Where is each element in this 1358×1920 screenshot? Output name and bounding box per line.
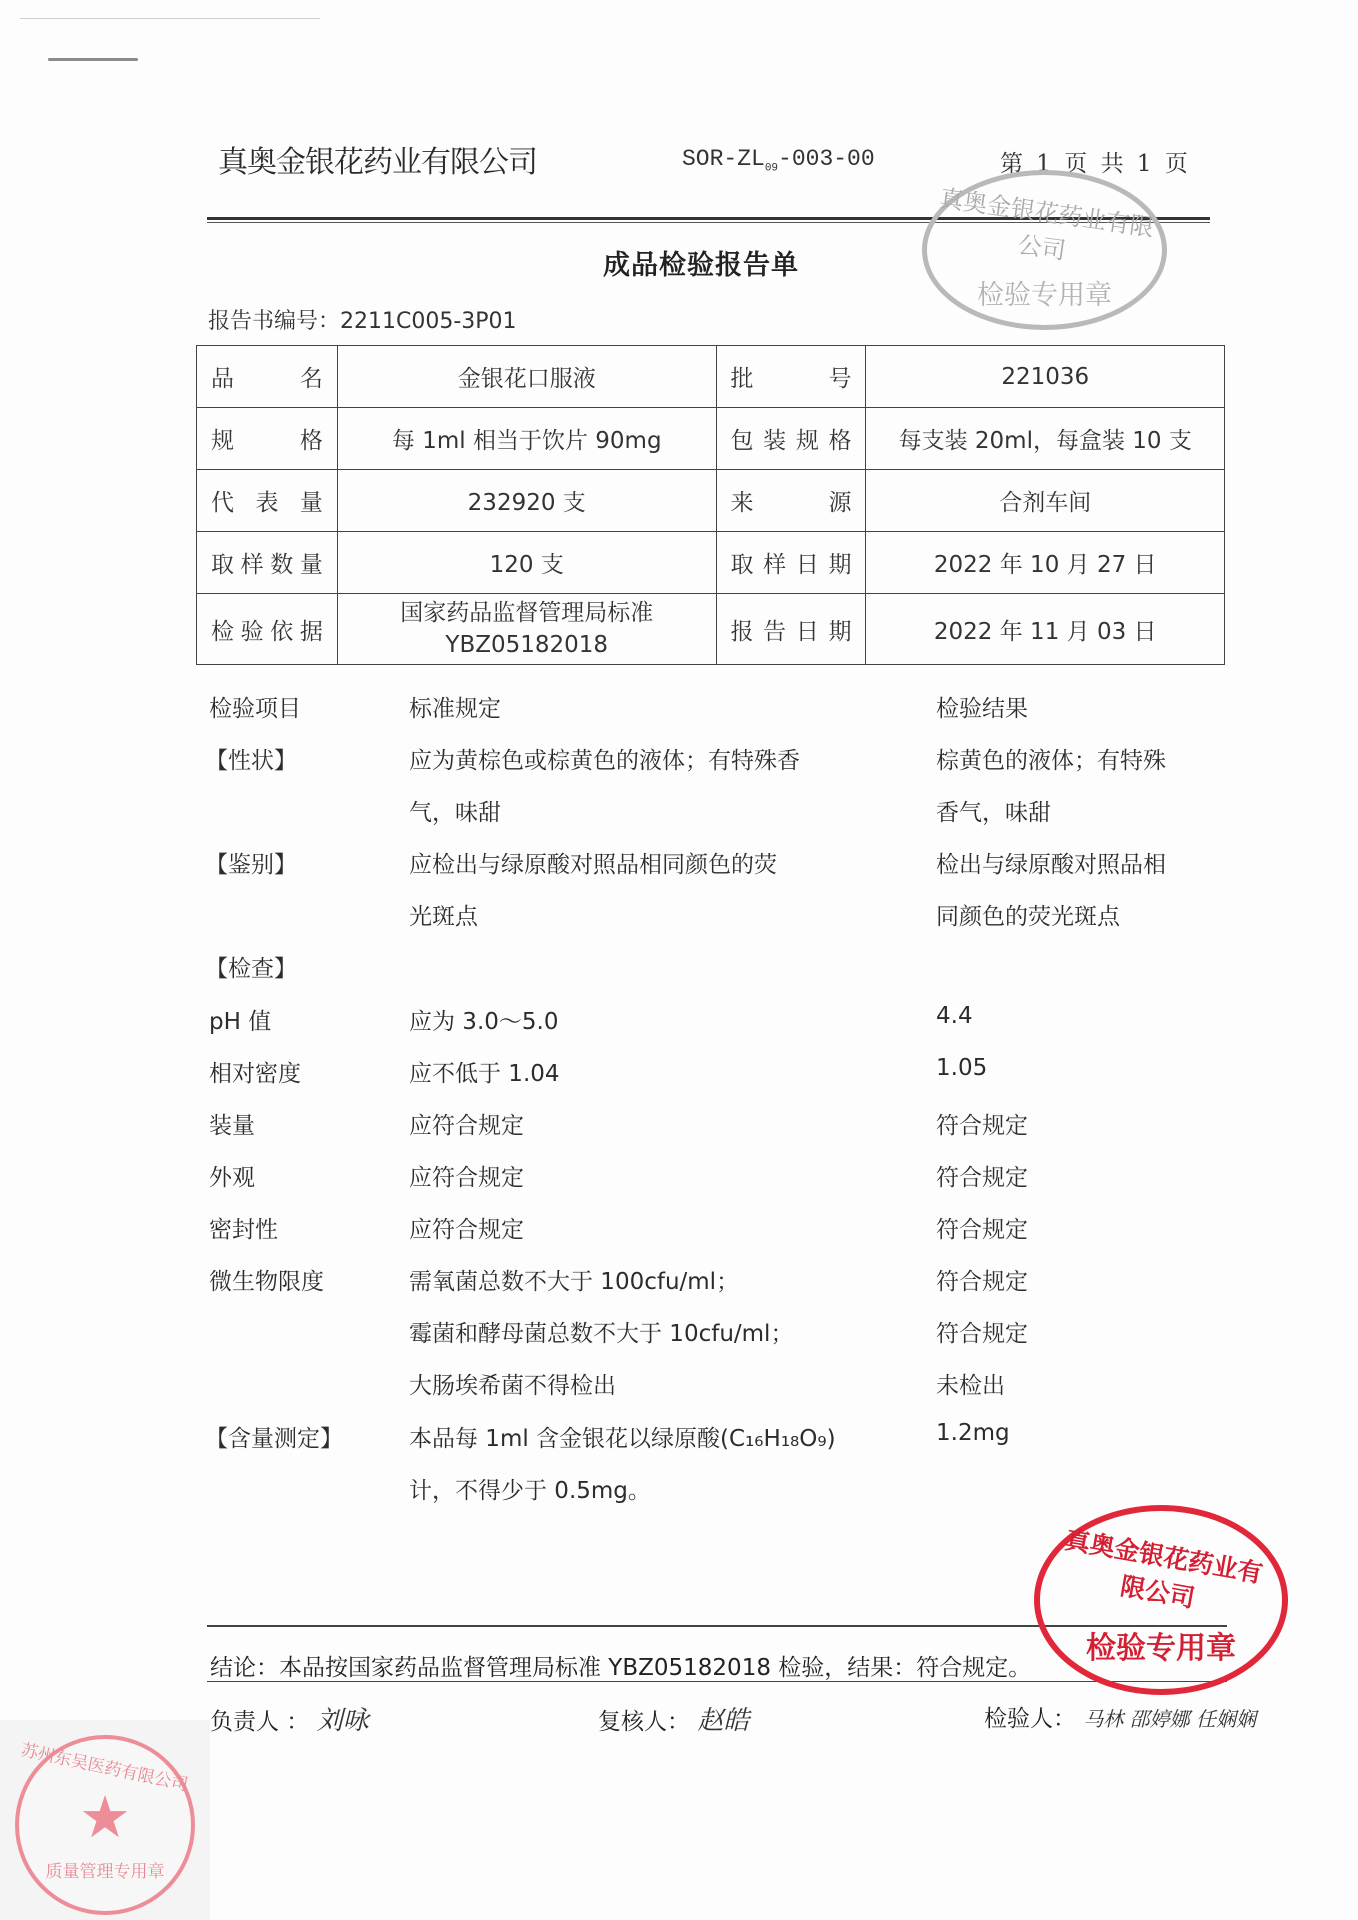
inspector: 检验人： 马林 邵婷娜 任娴娴 bbox=[984, 1700, 1256, 1733]
test-result: 4.4 bbox=[936, 1003, 973, 1029]
test-standard: 计，不得少于 0.5mg。 bbox=[409, 1472, 651, 1505]
reviewer: 复核人： 赵皓 bbox=[598, 1700, 749, 1737]
test-item: 【鉴别】 bbox=[205, 846, 297, 879]
test-item: 【检查】 bbox=[205, 950, 297, 983]
test-item: pH 值 bbox=[209, 1003, 271, 1036]
test-standard: 应符合规定 bbox=[409, 1211, 524, 1244]
table-row: 规 格 每 1ml 相当于饮片 90mg 包装规格 每支装 20ml，每盒装 1… bbox=[197, 408, 1225, 470]
value-packaging: 每支装 20ml，每盒装 10 支 bbox=[866, 408, 1225, 470]
test-result: 棕黄色的液体；有特殊 bbox=[936, 742, 1166, 775]
test-standard: 光斑点 bbox=[409, 898, 478, 931]
report-number: 报告书编号：2211C005-3P01 bbox=[208, 304, 517, 335]
inspector-signature: 马林 邵婷娜 任娴娴 bbox=[1083, 1707, 1256, 1731]
value-specification: 每 1ml 相当于饮片 90mg bbox=[337, 408, 716, 470]
test-item: 相对密度 bbox=[209, 1055, 301, 1088]
test-item: 【性状】 bbox=[205, 742, 297, 775]
header-result: 检验结果 bbox=[936, 690, 1028, 723]
test-item: 【含量测定】 bbox=[205, 1420, 343, 1453]
responsible-signature: 刘咏 bbox=[317, 1706, 369, 1736]
value-product-name: 金银花口服液 bbox=[337, 346, 716, 408]
test-result: 检出与绿原酸对照品相 bbox=[936, 846, 1166, 879]
test-result: 未检出 bbox=[936, 1367, 1005, 1400]
test-standard: 应为黄棕色或棕黄色的液体；有特殊香 bbox=[409, 742, 800, 775]
star-icon: ★ bbox=[19, 1787, 191, 1847]
label-sample-date: 取样日期 bbox=[716, 532, 866, 594]
value-report-date: 2022 年 11 月 03 日 bbox=[866, 594, 1225, 665]
reviewer-label: 复核人： bbox=[598, 1709, 690, 1735]
test-result: 同颜色的荧光斑点 bbox=[936, 898, 1120, 931]
pen-scribble bbox=[48, 58, 138, 61]
label-report-date: 报告日期 bbox=[716, 594, 866, 665]
test-standard: 应不低于 1.04 bbox=[409, 1055, 560, 1088]
responsible-person: 负责人 ： 刘咏 bbox=[210, 1700, 369, 1737]
test-item: 微生物限度 bbox=[209, 1263, 324, 1296]
label-packaging: 包装规格 bbox=[716, 408, 866, 470]
value-source: 合剂车间 bbox=[866, 470, 1225, 532]
label-source: 来 源 bbox=[716, 470, 866, 532]
test-standard: 应符合规定 bbox=[409, 1107, 524, 1140]
table-row: 品 名 金银花口服液 批 号 221036 bbox=[197, 346, 1225, 408]
scan-artifact-line bbox=[20, 18, 320, 19]
table-row: 代 表 量 232920 支 来 源 合剂车间 bbox=[197, 470, 1225, 532]
test-standard: 本品每 1ml 含金银花以绿原酸(C₁₆H₁₈O₉) bbox=[409, 1420, 836, 1453]
value-basis: 国家药品监督管理局标准YBZ05182018 bbox=[337, 594, 716, 665]
quality-management-seal: 苏州东吴医药有限公司 ★ 质量管理专用章 bbox=[15, 1735, 195, 1915]
label-product-name: 品 名 bbox=[197, 346, 338, 408]
label-quantity: 代 表 量 bbox=[197, 470, 338, 532]
gray-inspection-seal: 真奥金银花药业有限公司 检验专用章 bbox=[922, 170, 1167, 330]
test-result: 香气，味甜 bbox=[936, 794, 1051, 827]
value-quantity: 232920 支 bbox=[337, 470, 716, 532]
test-standard: 应检出与绿原酸对照品相同颜色的荧 bbox=[409, 846, 777, 879]
test-standard: 应为 3.0～5.0 bbox=[409, 1003, 558, 1036]
value-sample-date: 2022 年 10 月 27 日 bbox=[866, 532, 1225, 594]
test-standard: 大肠埃希菌不得检出 bbox=[409, 1367, 616, 1400]
test-result: 符合规定 bbox=[936, 1263, 1028, 1296]
test-item: 装量 bbox=[209, 1107, 255, 1140]
red-inspection-seal: 真奥金银花药业有限公司 检验专用章 bbox=[1034, 1505, 1288, 1695]
test-standard: 应符合规定 bbox=[409, 1159, 524, 1192]
label-sample-qty: 取样数量 bbox=[197, 532, 338, 594]
inspector-label: 检验人： bbox=[984, 1706, 1076, 1732]
test-standard: 霉菌和酵母菌总数不大于 10cfu/ml； bbox=[409, 1315, 793, 1348]
label-basis: 检验依据 bbox=[197, 594, 338, 665]
test-standard: 需氧菌总数不大于 100cfu/ml； bbox=[409, 1263, 739, 1296]
header-test-item: 检验项目 bbox=[209, 690, 301, 723]
test-result: 1.2mg bbox=[936, 1420, 1010, 1446]
test-standard: 气，味甜 bbox=[409, 794, 501, 827]
header-standard: 标准规定 bbox=[409, 690, 501, 723]
document-code: SOR-ZL09-003-00 bbox=[682, 146, 875, 175]
test-item: 外观 bbox=[209, 1159, 255, 1192]
table-row: 取样数量 120 支 取样日期 2022 年 10 月 27 日 bbox=[197, 532, 1225, 594]
conclusion-text: 结论：本品按国家药品监督管理局标准 YBZ05182018 检验，结果：符合规定… bbox=[210, 1649, 1031, 1682]
test-result: 符合规定 bbox=[936, 1159, 1028, 1192]
test-result: 1.05 bbox=[936, 1055, 987, 1081]
label-specification: 规 格 bbox=[197, 408, 338, 470]
reviewer-signature: 赵皓 bbox=[697, 1706, 749, 1736]
product-info-table: 品 名 金银花口服液 批 号 221036 规 格 每 1ml 相当于饮片 90… bbox=[196, 345, 1225, 665]
test-result: 符合规定 bbox=[936, 1315, 1028, 1348]
conclusion-bottom-rule bbox=[207, 1681, 1227, 1682]
company-name: 真奥金银花药业有限公司 bbox=[218, 137, 537, 181]
label-batch-no: 批 号 bbox=[716, 346, 866, 408]
table-row: 检验依据 国家药品监督管理局标准YBZ05182018 报告日期 2022 年 … bbox=[197, 594, 1225, 665]
responsible-label: 负责人 ： bbox=[210, 1709, 309, 1735]
value-batch-no: 221036 bbox=[866, 346, 1225, 408]
value-sample-qty: 120 支 bbox=[337, 532, 716, 594]
test-result: 符合规定 bbox=[936, 1211, 1028, 1244]
test-item: 密封性 bbox=[209, 1211, 278, 1244]
test-result: 符合规定 bbox=[936, 1107, 1028, 1140]
report-title: 成品检验报告单 bbox=[603, 243, 799, 282]
